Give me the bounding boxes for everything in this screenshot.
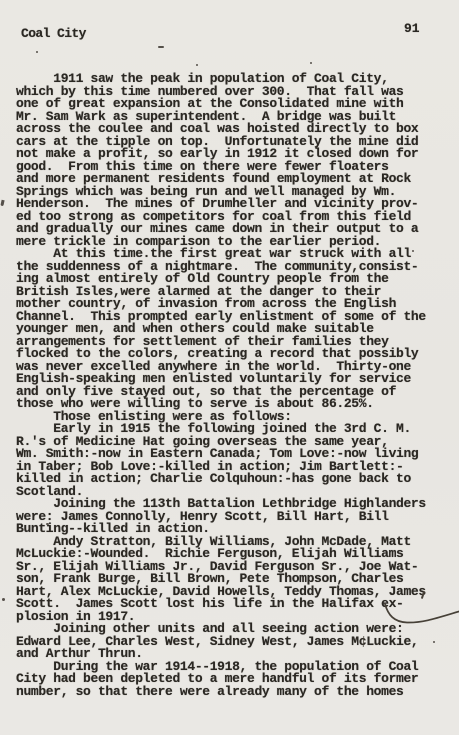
- scan-speck: [433, 641, 435, 643]
- handwritten-pen-swoosh-mark: [378, 598, 459, 630]
- scan-speck: [46, 523, 49, 525]
- scanned-document-page: Coal City 91 1911 saw the peak in popula…: [0, 0, 459, 735]
- scan-speck: [0, 200, 4, 206]
- page-number: 91: [404, 21, 420, 36]
- scan-speck: [412, 250, 414, 252]
- scan-speck: [196, 64, 198, 66]
- text-line: number, so that there were already many …: [16, 686, 452, 699]
- page-header-title: Coal City: [21, 26, 86, 41]
- scan-speck: [310, 62, 312, 64]
- scan-speck: [158, 46, 164, 48]
- scan-speck: [2, 598, 5, 601]
- scan-speck: [36, 51, 38, 53]
